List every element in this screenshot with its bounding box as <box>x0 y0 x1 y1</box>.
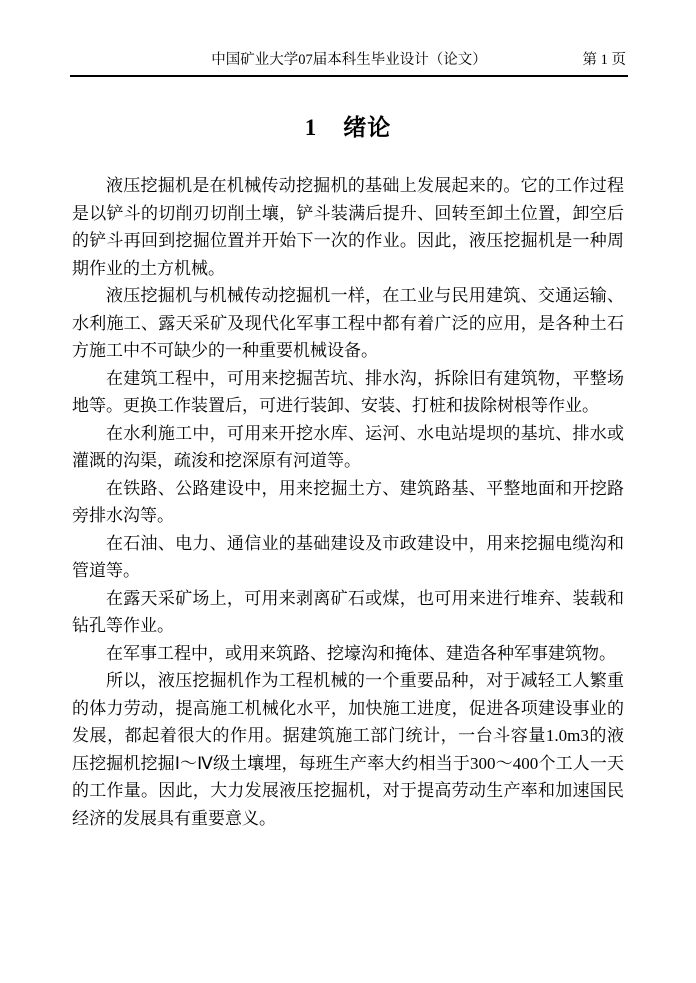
chapter-title-text: 绪论 <box>343 115 391 140</box>
paragraph: 在军事工程中，或用来筑路、挖壕沟和掩体、建造各种军事建筑物。 <box>72 640 624 668</box>
paragraph: 在水利施工中，可用来开挖水库、运河、水电站堤坝的基坑、排水或灌溉的沟渠，疏浚和挖… <box>72 420 624 475</box>
header-rule <box>70 75 628 77</box>
document-page: 中国矿业大学07届本科生毕业设计（论文） 第 1 页 1绪论 液压挖掘机是在机械… <box>0 0 696 983</box>
paragraph: 所以，液压挖掘机作为工程机械的一个重要品种，对于减轻工人繁重的体力劳动，提高施工… <box>72 667 624 832</box>
chapter-number: 1 <box>305 115 318 140</box>
paragraph: 在建筑工程中，可用来挖掘苦坑、排水沟，拆除旧有建筑物，平整场地等。更换工作装置后… <box>72 365 624 420</box>
paragraph: 在石油、电力、通信业的基础建设及市政建设中，用来挖掘电缆沟和管道等。 <box>72 530 624 585</box>
page-number: 第 1 页 <box>583 50 627 70</box>
paragraph: 在铁路、公路建设中，用来挖掘土方、建筑路基、平整地面和开挖路旁排水沟等。 <box>72 475 624 530</box>
paragraph: 液压挖掘机是在机械传动挖掘机的基础上发展起来的。它的工作过程是以铲斗的切削刃切削… <box>72 172 624 282</box>
page-header: 中国矿业大学07届本科生毕业设计（论文） 第 1 页 <box>70 50 628 72</box>
document-body: 液压挖掘机是在机械传动挖掘机的基础上发展起来的。它的工作过程是以铲斗的切削刃切削… <box>72 172 624 832</box>
chapter-title: 1绪论 <box>0 109 696 142</box>
paragraph: 液压挖掘机与机械传动挖掘机一样，在工业与民用建筑、交通运输、水利施工、露天采矿及… <box>72 282 624 365</box>
header-title: 中国矿业大学07届本科生毕业设计（论文） <box>70 50 628 70</box>
paragraph: 在露天采矿场上，可用来剥离矿石或煤，也可用来进行堆弃、装载和钻孔等作业。 <box>72 585 624 640</box>
